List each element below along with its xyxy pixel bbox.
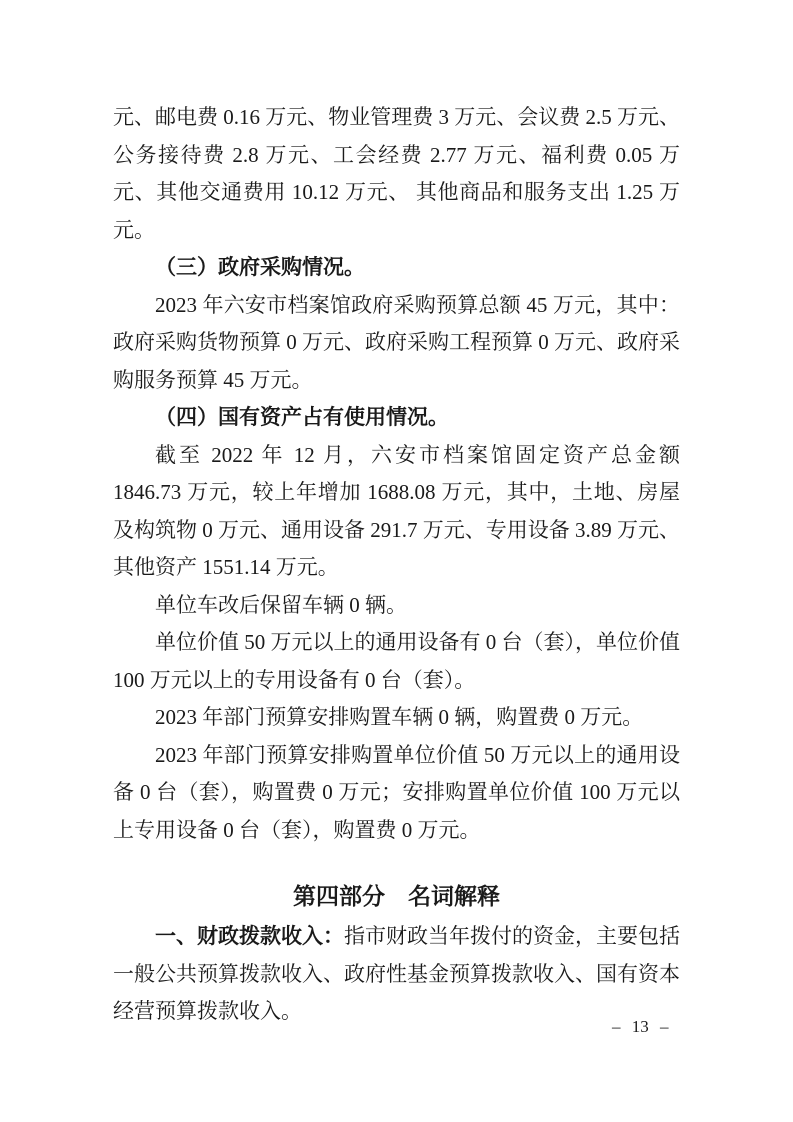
paragraph-procurement-budget: 2023 年六安市档案馆政府采购预算总额 45 万元，其中：政府采购货物预算 0… — [113, 287, 680, 400]
subsection-heading-state-assets: （四）国有资产占有使用情况。 — [113, 399, 680, 437]
paragraph-high-value-equipment: 单位价值 50 万元以上的通用设备有 0 台（套），单位价值 100 万元以上的… — [113, 624, 680, 699]
part-four-heading: 第四部分 名词解释 — [113, 874, 680, 918]
paragraph-equipment-purchase-budget: 2023 年部门预算安排购置单位价值 50 万元以上的通用设备 0 台（套），购… — [113, 737, 680, 850]
paragraph-expenses-continuation: 元、邮电费 0.16 万元、物业管理费 3 万元、会议费 2.5 万元、公务接待… — [113, 99, 680, 249]
paragraph-retained-vehicles: 单位车改后保留车辆 0 辆。 — [113, 587, 680, 625]
subsection-heading-government-procurement: （三）政府采购情况。 — [113, 249, 680, 287]
document-page: 元、邮电费 0.16 万元、物业管理费 3 万元、会议费 2.5 万元、公务接待… — [0, 0, 793, 1122]
document-body: 元、邮电费 0.16 万元、物业管理费 3 万元、会议费 2.5 万元、公务接待… — [113, 99, 680, 1031]
paragraph-term-fiscal-appropriation: 一、财政拨款收入：指市财政当年拨付的资金，主要包括一般公共预算拨款收入、政府性基… — [113, 918, 680, 1031]
page-number: – 13 – — [612, 1016, 669, 1038]
paragraph-vehicle-purchase-budget: 2023 年部门预算安排购置车辆 0 辆，购置费 0 万元。 — [113, 699, 680, 737]
paragraph-fixed-assets: 截至 2022 年 12 月，六安市档案馆固定资产总金额 1846.73 万元，… — [113, 437, 680, 587]
term-lead-fiscal-appropriation: 一、财政拨款收入： — [155, 925, 344, 948]
